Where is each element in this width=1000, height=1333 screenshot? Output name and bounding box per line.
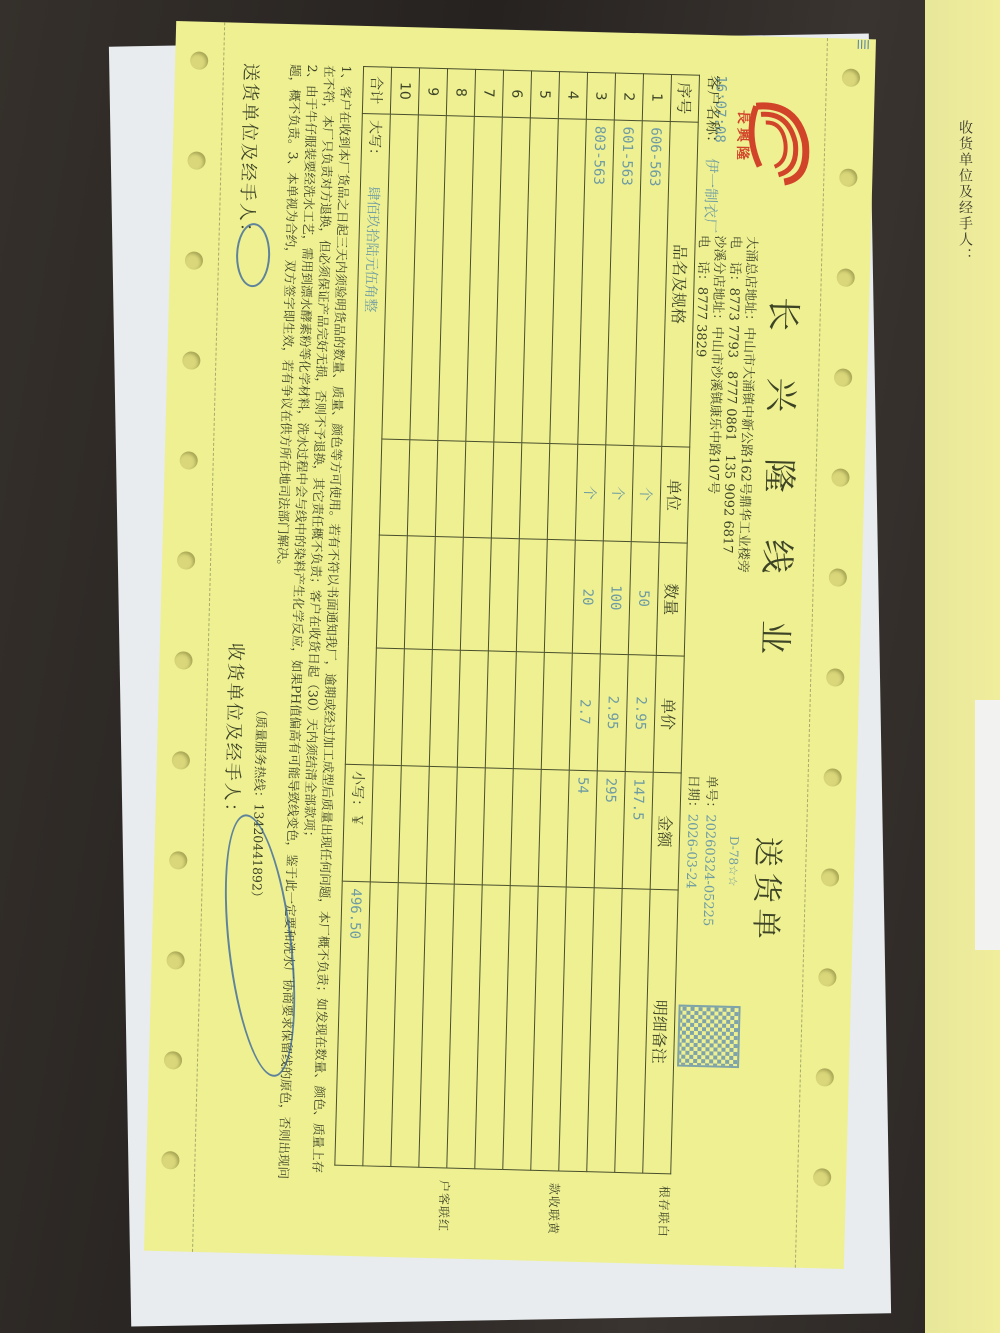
document-header: 長興隆 16:07:08 长 兴 隆 线 业 送货单 大涌总店地址：中山市大涌镇… — [677, 75, 817, 1227]
tractor-hole — [179, 451, 197, 469]
row-amount: 147.5 — [622, 772, 653, 890]
phone-branch: 电 话：8777 3829 — [693, 235, 715, 358]
tractor-hole — [169, 851, 187, 869]
items-table: 序号 品名及规格 单位 数量 单价 金额 明细备注 1 606-563 个 50… — [334, 66, 700, 1174]
row-qty — [544, 540, 575, 653]
customer-name: 伊一制衣厂 — [701, 158, 721, 233]
margin-code: |||| — [857, 39, 870, 49]
tractor-hole — [829, 568, 847, 586]
logo-text: 長興隆 — [733, 110, 754, 165]
row-amount — [538, 769, 569, 887]
company-name: 长 兴 隆 线 业 — [752, 296, 811, 672]
tractor-hole — [831, 468, 849, 486]
row-price: 2.7 — [569, 653, 600, 771]
tractor-hole — [185, 251, 203, 269]
row-amount — [398, 766, 429, 884]
row-qty — [376, 535, 407, 648]
copy-white: 白联存根 — [656, 1184, 671, 1236]
delivery-note: 長興隆 16:07:08 长 兴 隆 线 业 送货单 大涌总店地址：中山市大涌镇… — [144, 21, 876, 1269]
row-no: 6 — [502, 70, 531, 117]
row-qty: 20 — [572, 541, 603, 654]
header-qty: 数量 — [656, 543, 687, 656]
tractor-hole — [821, 868, 839, 886]
tractor-hole — [161, 1151, 179, 1169]
row-price: 2.95 — [597, 653, 628, 771]
white-paper-stack — [975, 700, 1000, 950]
tractor-hole — [166, 951, 184, 969]
tractor-hole — [839, 168, 857, 186]
row-no: 3 — [586, 72, 615, 119]
tractor-hole — [174, 651, 192, 669]
customer-label: 客户名称： — [703, 75, 723, 150]
row-qty — [404, 536, 435, 649]
row-no: 1 — [642, 74, 671, 121]
row-qty: 100 — [600, 541, 631, 654]
row-no: 10 — [390, 67, 419, 114]
row-unit — [407, 440, 438, 537]
row-unit: 个 — [575, 444, 606, 541]
row-qty — [432, 537, 463, 650]
receiver-signature-label: 收货单位及经手人： — [219, 643, 250, 824]
tractor-hole — [813, 1168, 831, 1186]
tractor-hole — [190, 51, 208, 69]
header-price: 单价 — [653, 655, 684, 773]
row-price — [513, 651, 544, 769]
row-price: 2.95 — [625, 654, 656, 772]
tractor-hole — [172, 751, 190, 769]
tractor-hole — [818, 968, 836, 986]
total-upper-label: 大写： — [366, 120, 383, 162]
sender-signature-label: 送货单位及经手人： — [234, 63, 265, 244]
row-unit — [547, 443, 578, 540]
row-no: 7 — [474, 69, 503, 116]
row-unit — [519, 443, 550, 540]
tractor-hole — [823, 768, 841, 786]
tractor-hole — [836, 268, 854, 286]
row-unit — [379, 439, 410, 536]
row-price — [541, 652, 572, 770]
row-unit — [435, 440, 466, 537]
row-price — [429, 649, 460, 767]
row-price — [401, 648, 432, 766]
tractor-hole — [826, 668, 844, 686]
total-label: 合计 — [362, 66, 391, 113]
tractor-hole — [182, 351, 200, 369]
document-title: 送货单 — [746, 836, 793, 945]
row-amount — [426, 766, 457, 884]
tractor-hole — [187, 151, 205, 169]
perforated-strip-bottom — [144, 21, 225, 1252]
row-unit: 个 — [603, 445, 634, 542]
qr-code-icon — [677, 1005, 741, 1069]
header-unit: 单位 — [659, 446, 690, 543]
row-price — [485, 651, 516, 769]
order-date: 日期：2026-03-24 — [683, 775, 705, 889]
header-amount: 金额 — [650, 772, 681, 890]
row-no: 9 — [418, 68, 447, 115]
order-number-label: 单号： — [703, 775, 719, 814]
copy-red: 红联客户 — [436, 1178, 451, 1230]
row-no: 8 — [446, 69, 475, 116]
other-receipts-stack: 收货单位及经手人： — [925, 0, 1000, 1333]
row-amount — [454, 767, 485, 885]
total-upper-value: 肆佰玖拾陆元伍角整 — [362, 186, 381, 312]
row-no: 2 — [614, 73, 643, 120]
tractor-hole — [834, 368, 852, 386]
row-qty — [516, 539, 547, 652]
row-qty — [460, 538, 491, 651]
row-price — [457, 650, 488, 768]
row-amount — [370, 765, 401, 883]
row-amount — [510, 769, 541, 887]
form-code: D-78☆☆ — [726, 836, 741, 887]
row-amount: 295 — [594, 771, 625, 889]
tractor-hole — [842, 68, 860, 86]
row-unit — [463, 441, 494, 538]
row-amount — [482, 768, 513, 886]
header-no: 序号 — [670, 75, 699, 122]
tractor-hole — [816, 1068, 834, 1086]
copy-yellow: 黄联收款 — [546, 1181, 561, 1233]
customer-line: 客户名称：伊一制衣厂 — [700, 75, 725, 234]
row-price — [373, 648, 404, 766]
row-amount: 54 — [566, 770, 597, 888]
row-qty: 50 — [628, 542, 659, 655]
row-no: 4 — [558, 72, 587, 119]
order-date-label: 日期： — [685, 775, 701, 814]
stack-signature-label: 收货单位及经手人： — [955, 120, 975, 264]
delivery-note-photo: 長興隆 16:07:08 长 兴 隆 线 业 送货单 大涌总店地址：中山市大涌镇… — [150, 0, 870, 1290]
row-no: 5 — [530, 71, 559, 118]
row-unit — [491, 442, 522, 539]
row-qty — [488, 538, 519, 651]
order-date-value: 2026-03-24 — [683, 814, 700, 889]
total-lower-label: 小写：￥ — [342, 764, 373, 882]
tractor-hole — [177, 551, 195, 569]
tractor-hole — [164, 1051, 182, 1069]
row-unit: 个 — [631, 446, 662, 543]
